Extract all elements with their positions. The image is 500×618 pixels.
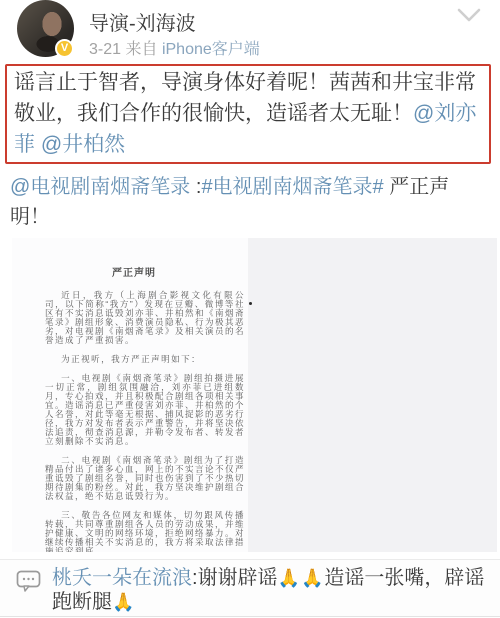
repost-separator: :	[190, 176, 201, 198]
statement-paragraph: 近日，我方（上海剧合影视文化有限公司，以下简称“我方”）发现在豆瓣、微博等社区有…	[45, 291, 245, 345]
hashtag-link[interactable]: #电视剧南烟斋笔录#	[201, 176, 383, 198]
client-source-link[interactable]: iPhone客户端	[162, 41, 260, 58]
comment-segment: 谢谢辟谣	[198, 567, 278, 589]
statement-paper: 严正声明 近日，我方（上海剧合影视文化有限公司，以下简称“我方”）发现在豆瓣、微…	[12, 238, 248, 552]
source-prefix: 来自	[125, 41, 157, 58]
statement-paragraph: 一、电视剧《南烟斋笔录》剧组拍摄进展一切正常，剧组氛围融洽，刘亦菲已进组数月，专…	[45, 374, 245, 446]
statement-title: 严正声明	[23, 264, 245, 279]
hot-comment-row[interactable]: 桃夭一朵在流浪:谢谢辟谣🙏🙏造谣一张嘴，辟谣跑断腿🙏	[0, 559, 500, 617]
post-text-highlight-box: 谣言止于智者，导演身体好着呢！茜茜和井宝非常敬业，我们合作的很愉快，造谣者太无耻…	[5, 64, 491, 164]
chevron-down-icon[interactable]	[452, 3, 486, 32]
statement-image[interactable]: 严正声明 近日，我方（上海剧合影视文化有限公司，以下简称“我方”）发现在豆瓣、微…	[12, 238, 497, 552]
folded-hands-emoji-icon: 🙏	[112, 592, 135, 612]
photo-speck	[249, 302, 252, 305]
verified-v-badge-icon: V	[55, 39, 74, 58]
post-meta: 3-21 来自 iPhone客户端	[89, 36, 260, 59]
comment-bubble-icon	[16, 570, 41, 598]
statement-paragraph: 为正视听，我方严正声明如下：	[45, 355, 245, 364]
reposted-account-link[interactable]: @电视剧南烟斋笔录	[10, 176, 190, 198]
post-text: 谣言止于智者，导演身体好着呢！茜茜和井宝非常敬业，我们合作的很愉快，造谣者太无耻…	[14, 71, 476, 125]
author-username[interactable]: 导演-刘海波	[89, 7, 196, 36]
statement-paragraph: 二、电视剧《南烟斋笔录》剧组为了打造精品付出了诸多心血，网上的不实言论不仅严重诋…	[45, 456, 245, 501]
statement-paragraph: 三、敬告各位网友和媒体，切勿跟风传播转载，共同尊重剧组各人员的劳动成果，并维护健…	[45, 511, 245, 552]
comment-text: 桃夭一朵在流浪:谢谢辟谣🙏🙏造谣一张嘴，辟谣跑断腿🙏	[52, 566, 490, 614]
mention-link-jingboran[interactable]: @井柏然	[41, 133, 125, 156]
commenter-username-link[interactable]: 桃夭一朵在流浪	[52, 567, 192, 589]
repost-text: @电视剧南烟斋笔录 :#电视剧南烟斋笔录# 严正声明！	[0, 164, 500, 232]
post-header: V 导演-刘海波 3-21 来自 iPhone客户端	[0, 0, 500, 62]
post-date: 3-21	[89, 41, 121, 58]
folded-hands-emoji-icon: 🙏🙏	[278, 568, 325, 588]
